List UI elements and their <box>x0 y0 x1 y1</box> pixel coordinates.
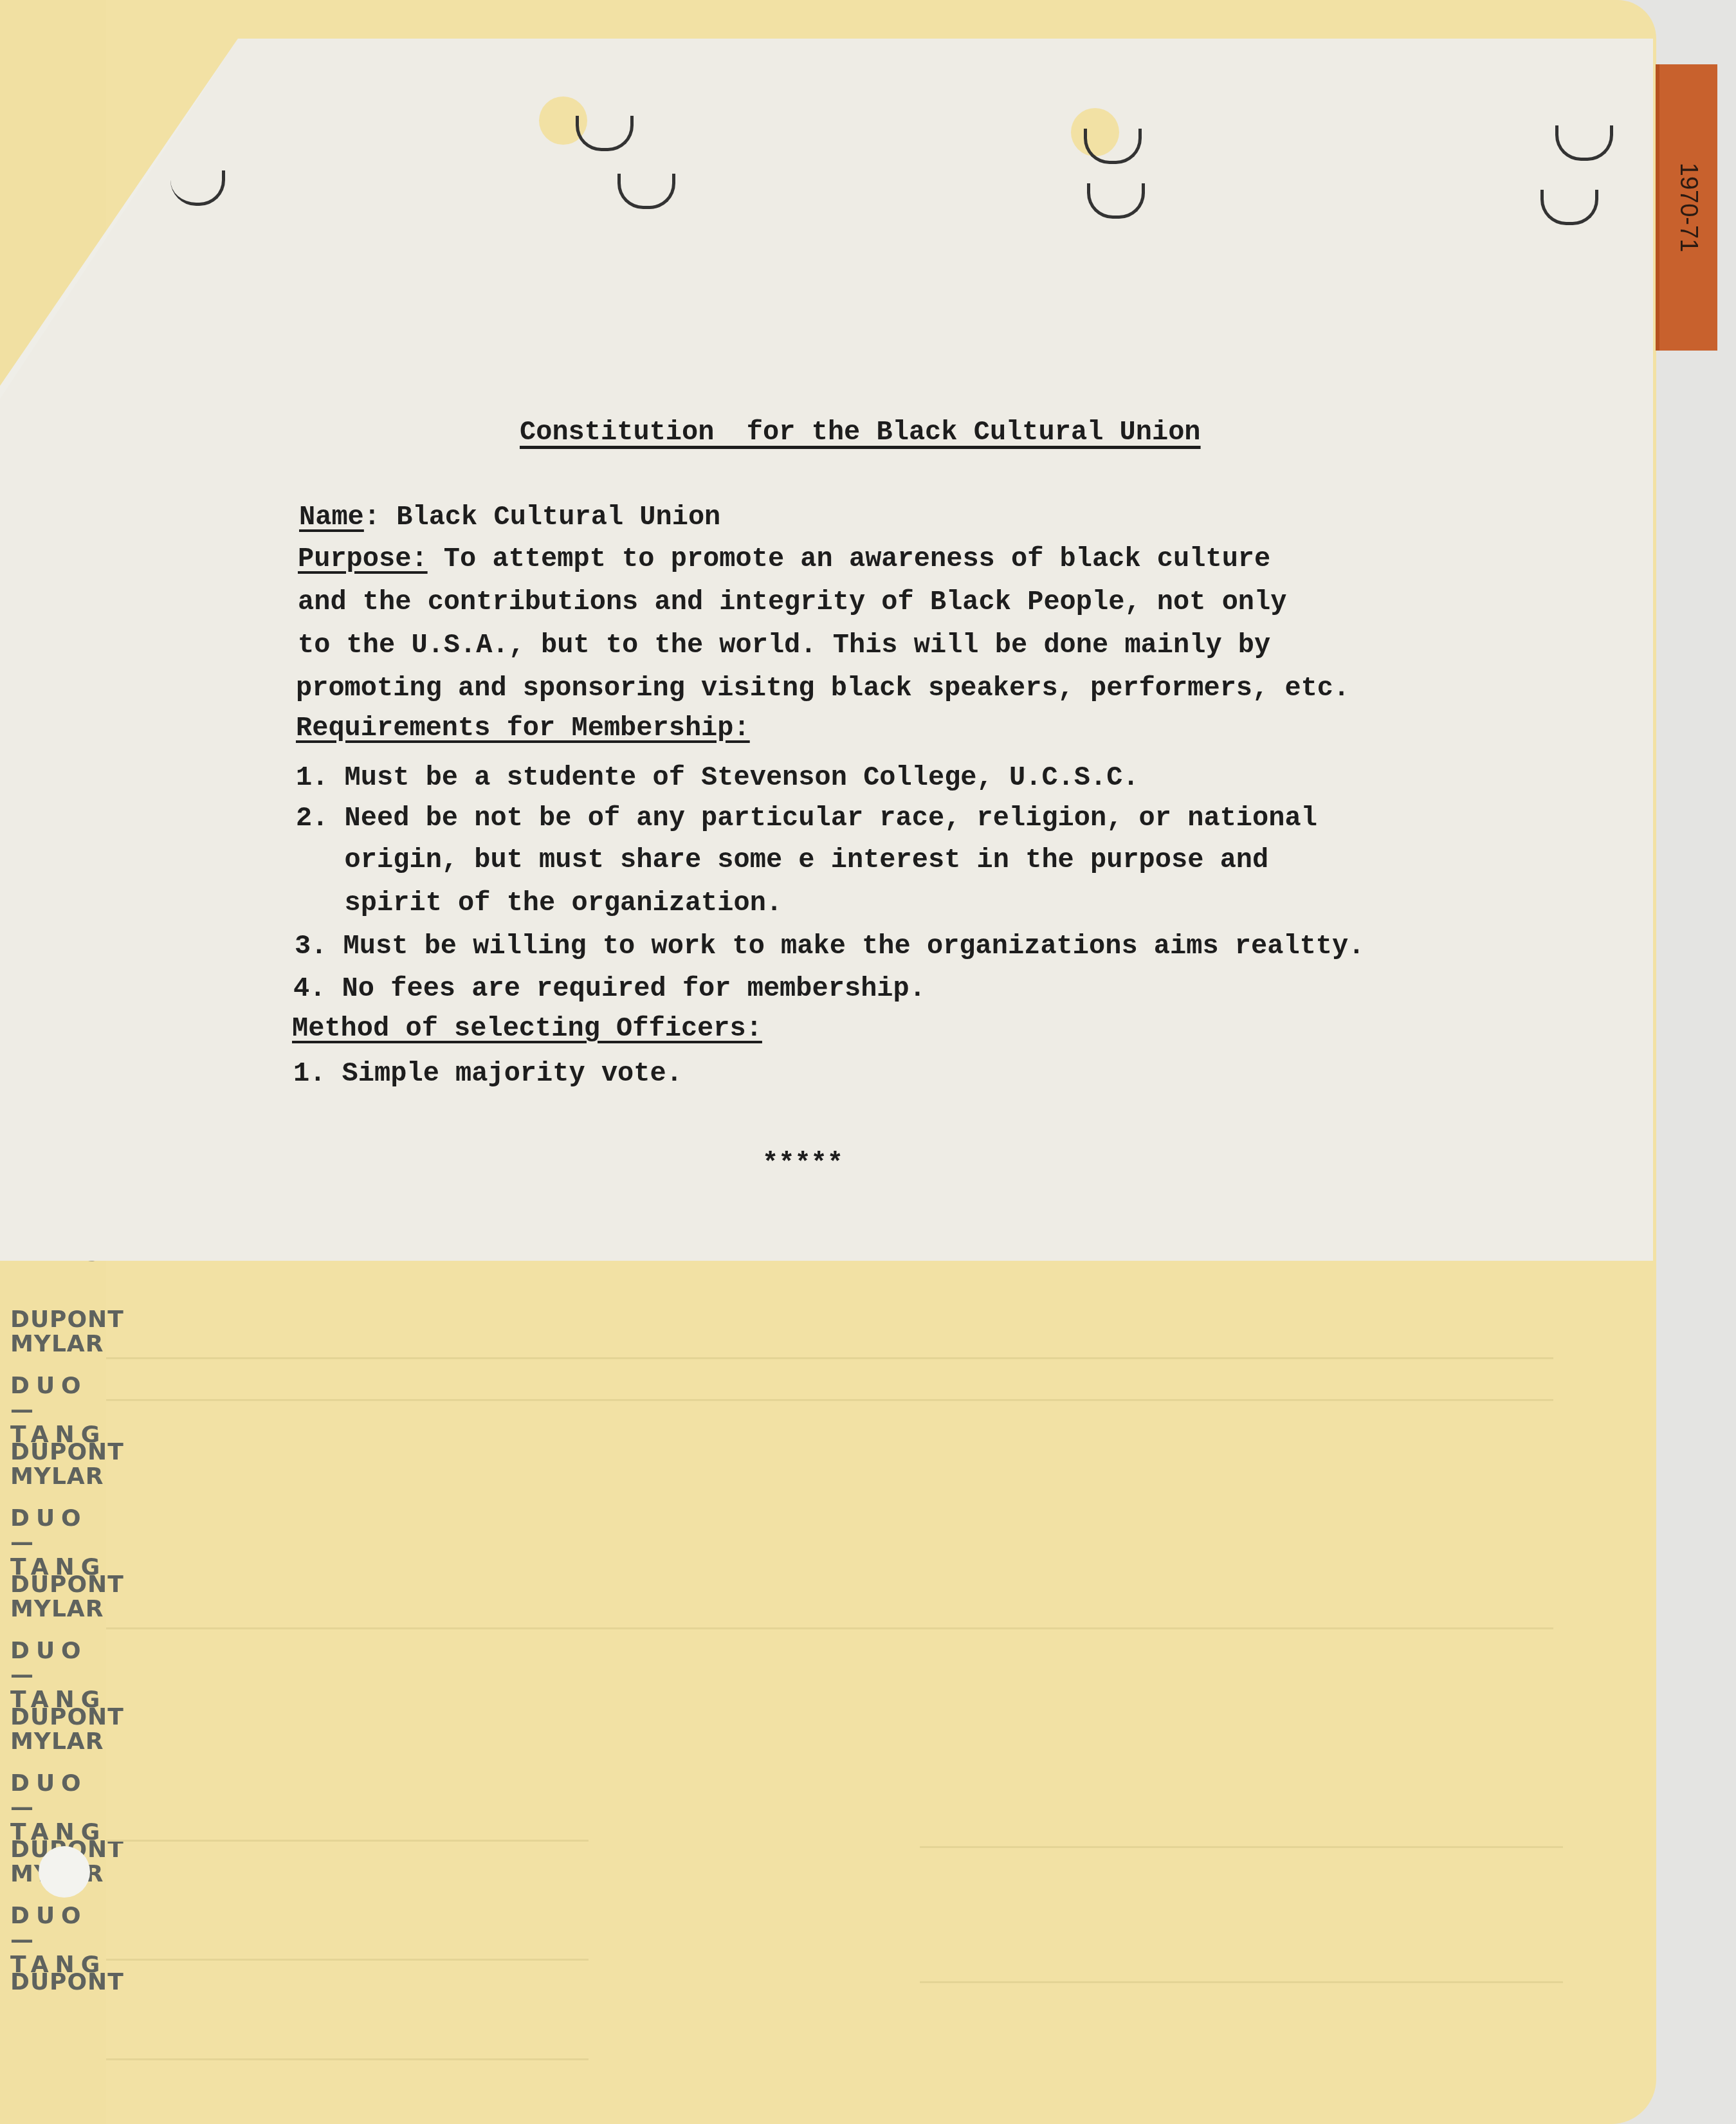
requirement-item: 3. Must be willing to work to make the o… <box>295 931 1364 962</box>
purpose-line-3: to the U.S.A., but to the world. This wi… <box>298 630 1270 661</box>
document-title: Constitution for the Black Cultural Unio… <box>520 417 1201 448</box>
purpose-line-2: and the contributions and integrity of B… <box>298 587 1286 618</box>
bleed-line <box>106 1357 1553 1359</box>
strip-label: DUO—TANG <box>10 1639 100 1712</box>
strip-label: DUPONTMYLAR <box>10 1440 100 1489</box>
strip-label: DUPONT <box>10 1970 100 1995</box>
strip-label: DUO—TANG <box>10 1374 100 1447</box>
strip-label: DUPONTMYLAR <box>10 1308 100 1357</box>
purpose-line-1: Purpose: To attempt to promote an awaren… <box>298 544 1270 574</box>
bleed-line <box>106 1840 589 1842</box>
bleed-line <box>920 1981 1563 1983</box>
purpose-text: To attempt to promote an awareness of bl… <box>428 544 1271 574</box>
name-value: : Black Cultural Union <box>364 502 721 533</box>
strip-label: DUPONTMYLAR <box>10 1573 100 1622</box>
folder-year-tab[interactable]: 1970-71 <box>1656 64 1717 351</box>
bleed-line <box>106 1959 589 1961</box>
bleed-line <box>920 1846 1563 1848</box>
bleed-line <box>106 2058 589 2060</box>
tab-label: 1970-71 <box>1675 163 1703 252</box>
bleed-line <box>106 1399 1553 1401</box>
strip-label: DUPONTMYLAR <box>10 1705 100 1754</box>
requirement-item: origin, but must share some e interest i… <box>296 845 1268 875</box>
name-label: Name <box>299 502 364 533</box>
officers-item: 1. Simple majority vote. <box>293 1058 682 1089</box>
requirement-item: 1. Must be a studente of Stevenson Colle… <box>296 762 1139 793</box>
requirement-item: 2. Need be not be of any particular race… <box>296 803 1317 834</box>
separator: ***** <box>762 1148 843 1179</box>
name-line: Name: Black Cultural Union <box>299 502 720 533</box>
strip-label: DUO—TANG <box>10 1506 100 1580</box>
officers-heading: Method of selecting Officers: <box>292 1013 762 1044</box>
strip-label: DUO—TANG <box>10 1772 100 1845</box>
requirement-item: 4. No fees are required for membership. <box>293 973 926 1004</box>
punch-hole-icon <box>39 1846 90 1898</box>
requirements-heading: Requirements for Membership: <box>296 713 750 744</box>
purpose-line-4: promoting and sponsoring visitng black s… <box>296 673 1349 704</box>
strip-label: DUO—TANG <box>10 1904 100 1977</box>
purpose-label: Purpose: <box>298 544 428 574</box>
requirement-item: spirit of the organization. <box>296 888 782 919</box>
bleed-line <box>106 1627 1553 1629</box>
